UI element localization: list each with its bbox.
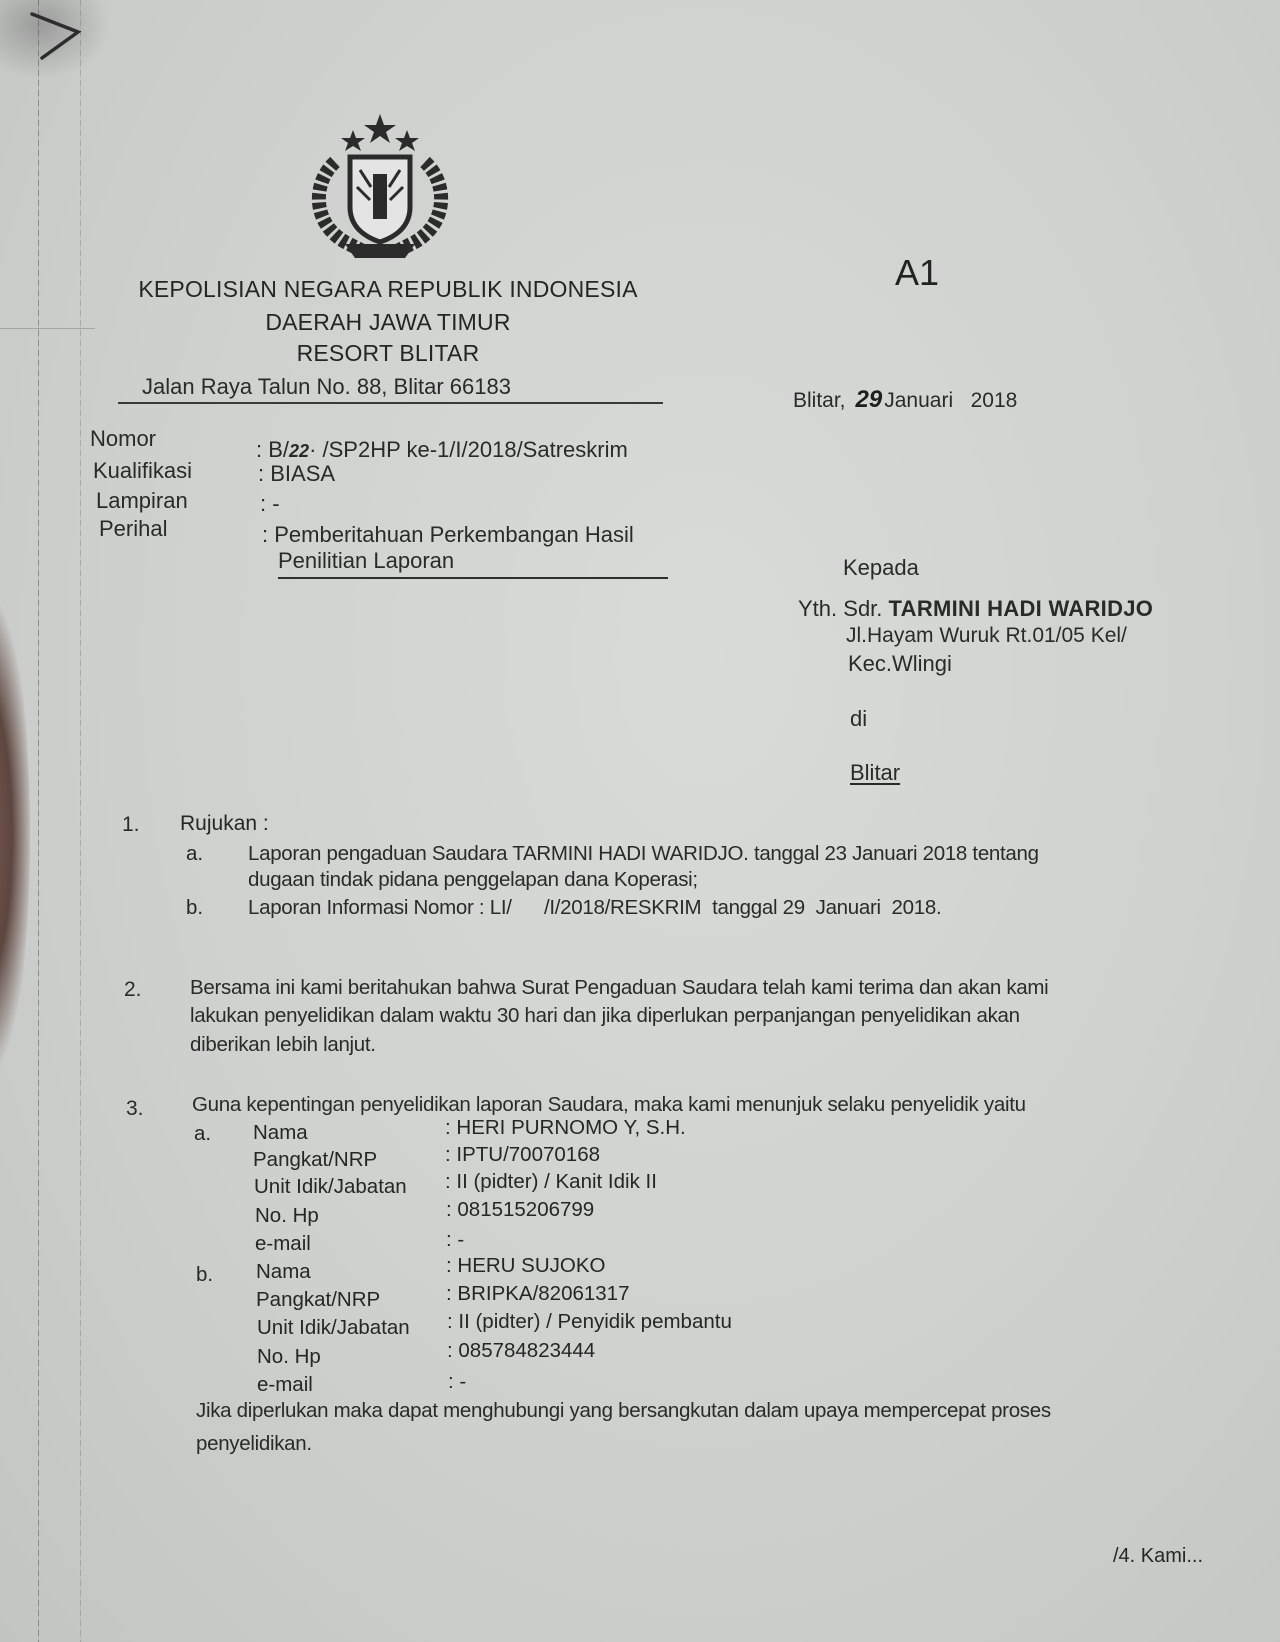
form-code: A1 — [895, 252, 939, 294]
page-fold-line — [80, 0, 81, 1642]
letter-date: Blitar,29Januari 2018 — [793, 386, 1017, 414]
recipient-di: di — [850, 706, 867, 732]
point-1b-letter: b. — [186, 896, 203, 920]
point-1-number: 1. — [122, 813, 140, 837]
point-1a-line1: Laporan pengaduan Saudara TARMINI HADI W… — [248, 842, 1039, 866]
inv-a-value-nama: : HERI PURNOMO Y, S.H. — [445, 1116, 686, 1140]
meta-value-kualifikasi: : BIASA — [258, 461, 335, 487]
point-1-title: Rujukan : — [180, 812, 269, 836]
inv-a-label-hp: No. Hp — [255, 1204, 319, 1228]
point-3-number: 3. — [126, 1097, 144, 1121]
letterhead-region: DAERAH JAWA TIMUR — [118, 309, 658, 336]
inv-b-value-unit: : II (pidter) / Penyidik pembantu — [447, 1310, 732, 1334]
recipient-kepada: Kepada — [843, 555, 919, 581]
meta-label-lampiran: Lampiran — [96, 488, 188, 514]
police-emblem-icon — [305, 112, 455, 260]
perihal-underline — [278, 577, 668, 579]
inv-a-value-hp: : 081515206799 — [446, 1198, 594, 1222]
inv-a-label-nama: Nama — [253, 1121, 308, 1145]
inv-b-label-pangkat: Pangkat/NRP — [256, 1288, 380, 1312]
point-3-closing-line2: penyelidikan. — [196, 1432, 312, 1456]
page-edge-line — [38, 0, 39, 1642]
meta-value-perihal: : Pemberitahuan Perkembangan Hasil — [262, 522, 634, 548]
point-2-line2: lakukan penyelidikan dalam waktu 30 hari… — [190, 1004, 1020, 1028]
point-1a-letter: a. — [186, 842, 203, 866]
recipient-name: TARMINI HADI WARIDJO — [889, 596, 1154, 621]
date-day-handwritten: 29 — [856, 386, 883, 413]
point-2-line1: Bersama ini kami beritahukan bahwa Surat… — [190, 976, 1048, 1000]
point-2-line3: diberikan lebih lanjut. — [190, 1033, 376, 1057]
inv-b-label-email: e-mail — [257, 1373, 313, 1397]
inv-b-label-nama: Nama — [256, 1260, 311, 1284]
inv-b-value-email: : - — [448, 1370, 466, 1394]
inv-a-label-pangkat: Pangkat/NRP — [253, 1148, 377, 1172]
point-3-closing-line1: Jika diperlukan maka dapat menghubungi y… — [196, 1399, 1051, 1423]
paper-crease — [0, 328, 95, 329]
point-2-number: 2. — [124, 978, 142, 1002]
staple-icon — [30, 10, 85, 60]
date-place: Blitar, — [793, 389, 846, 412]
letterhead-rule — [118, 402, 663, 404]
point-1a-line2: dugaan tindak pidana penggelapan dana Ko… — [248, 868, 698, 892]
finger-shadow — [0, 600, 30, 1070]
inv-b-value-nama: : HERU SUJOKO — [446, 1254, 605, 1278]
investigator-a-letter: a. — [194, 1122, 211, 1146]
meta-value-lampiran: : - — [260, 491, 280, 517]
recipient-line: Yth. Sdr. TARMINI HADI WARIDJO — [798, 596, 1153, 622]
meta-value-perihal-line2: Penilitian Laporan — [278, 548, 454, 574]
inv-a-label-email: e-mail — [255, 1232, 311, 1256]
nomor-handwritten: 22 — [289, 441, 309, 461]
meta-value-nomor: : B/22· /SP2HP ke-1/I/2018/Satreskrim — [256, 437, 628, 463]
meta-label-nomor: Nomor — [90, 426, 156, 452]
inv-b-label-unit: Unit Idik/Jabatan — [257, 1316, 410, 1340]
inv-a-value-pangkat: : IPTU/70070168 — [445, 1143, 600, 1167]
letterhead-resort: RESORT BLITAR — [118, 340, 658, 367]
inv-a-value-unit: : II (pidter) / Kanit Idik II — [445, 1170, 657, 1194]
inv-b-label-hp: No. Hp — [257, 1345, 321, 1369]
meta-label-perihal: Perihal — [99, 516, 167, 542]
inv-b-value-hp: : 085784823444 — [447, 1339, 595, 1363]
date-month-year: Januari 2018 — [884, 389, 1017, 412]
recipient-city: Blitar — [850, 760, 900, 786]
inv-a-value-email: : - — [446, 1228, 464, 1252]
inv-b-value-pangkat: : BRIPKA/82061317 — [446, 1282, 630, 1306]
continuation-marker: /4. Kami... — [1113, 1545, 1203, 1568]
meta-label-kualifikasi: Kualifikasi — [93, 458, 192, 484]
inv-a-label-unit: Unit Idik/Jabatan — [254, 1175, 407, 1199]
recipient-address-1: Jl.Hayam Wuruk Rt.01/05 Kel/ — [846, 624, 1127, 648]
letterhead-address: Jalan Raya Talun No. 88, Blitar 66183 — [142, 374, 511, 400]
investigator-b-letter: b. — [196, 1263, 213, 1287]
point-3-intro: Guna kepentingan penyelidikan laporan Sa… — [192, 1093, 1026, 1117]
point-1b-line1: Laporan Informasi Nomor : LI/ /I/2018/RE… — [248, 896, 941, 920]
recipient-address-2: Kec.Wlingi — [848, 651, 952, 677]
letterhead-institution: KEPOLISIAN NEGARA REPUBLIK INDONESIA — [118, 276, 658, 303]
